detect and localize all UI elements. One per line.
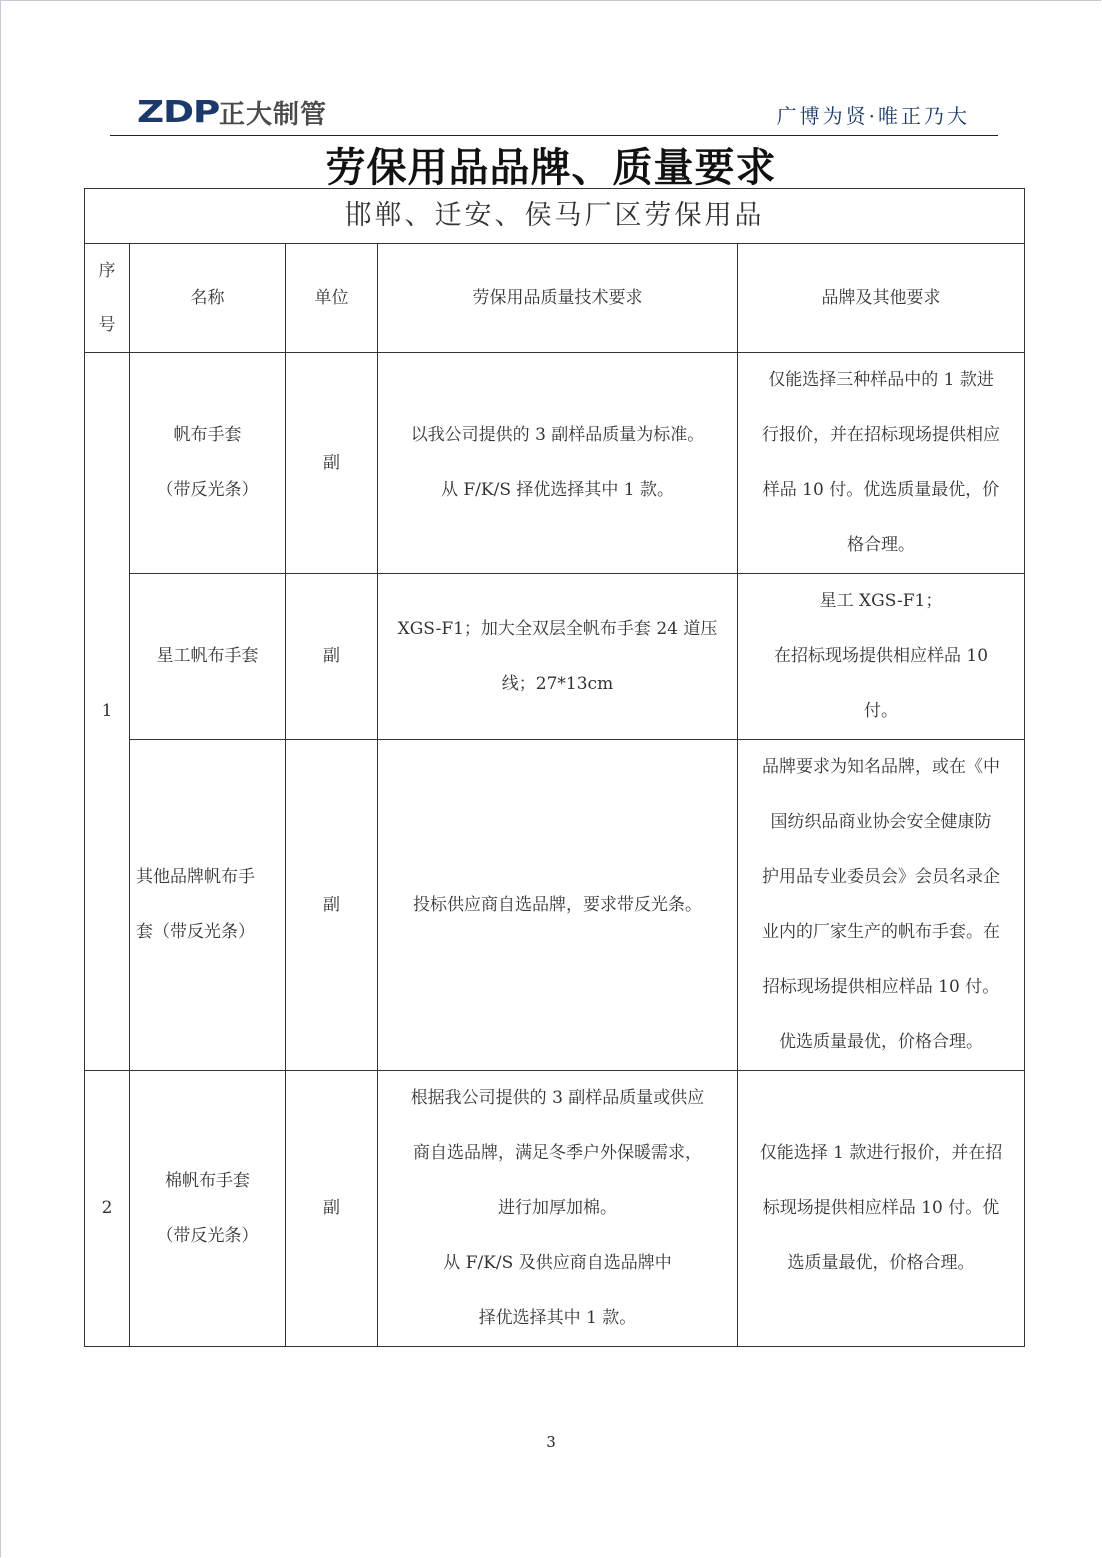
brand-cell: 仅能选择 1 款进行报价，并在招 标现场提供相应样品 10 付。优 选质量最优，… [738, 1071, 1025, 1347]
name-cell: 棉帆布手套 （带反光条） [130, 1071, 286, 1347]
tech-line: 以我公司提供的 3 副样品质量为标准。 [384, 408, 731, 463]
page-header: ZDP 正大制管 广博为贤·唯正乃大 [110, 92, 998, 136]
name-line: （带反光条） [136, 463, 279, 518]
table-row: 2 棉帆布手套 （带反光条） 副 根据我公司提供的 3 副样品质量或供应 商自选… [85, 1071, 1025, 1347]
name-cell: 其他品牌帆布手 套（带反光条） [130, 740, 286, 1071]
brand-line: 星工 XGS-F1； [744, 574, 1018, 629]
company-slogan: 广博为贤·唯正乃大 [777, 100, 970, 129]
tech-cell: XGS-F1；加大全双层全帆布手套 24 道压 线；27*13cm [378, 574, 738, 740]
tech-line: 商自选品牌，满足冬季户外保暖需求， [384, 1126, 731, 1181]
column-header-tech: 劳保用品质量技术要求 [378, 244, 738, 353]
seq-header-line1: 序 [85, 244, 129, 298]
brand-line: 国纺织品商业协会安全健康防 [744, 795, 1018, 850]
tech-cell: 投标供应商自选品牌，要求带反光条。 [378, 740, 738, 1071]
brand-cell: 品牌要求为知名品牌，或在《中 国纺织品商业协会安全健康防 护用品专业委员会》会员… [738, 740, 1025, 1071]
brand-line: 仅能选择三种样品中的 1 款进 [744, 353, 1018, 408]
name-line: 帆布手套 [136, 408, 279, 463]
table-row: 星工帆布手套 副 XGS-F1；加大全双层全帆布手套 24 道压 线；27*13… [85, 574, 1025, 740]
name-line: 星工帆布手套 [136, 629, 279, 684]
column-header-unit: 单位 [286, 244, 378, 353]
table-row: 1 帆布手套 （带反光条） 副 以我公司提供的 3 副样品质量为标准。 从 F/… [85, 353, 1025, 574]
brand-line: 优选质量最优，价格合理。 [744, 1015, 1018, 1070]
brand-line: 招标现场提供相应样品 10 付。 [744, 960, 1018, 1015]
seq-cell: 1 [85, 353, 130, 1071]
brand-cell: 仅能选择三种样品中的 1 款进 行报价，并在招标现场提供相应 样品 10 付。优… [738, 353, 1025, 574]
name-line: （带反光条） [136, 1209, 279, 1264]
tech-line: XGS-F1；加大全双层全帆布手套 24 道压 [384, 602, 731, 657]
tech-line: 进行加厚加棉。 [384, 1181, 731, 1236]
column-header-seq: 序 号 [85, 244, 130, 353]
tech-cell: 根据我公司提供的 3 副样品质量或供应 商自选品牌，满足冬季户外保暖需求， 进行… [378, 1071, 738, 1347]
brand-line: 格合理。 [744, 518, 1018, 573]
unit-cell: 副 [286, 353, 378, 574]
unit-cell: 副 [286, 574, 378, 740]
page-number: 3 [0, 1433, 1102, 1451]
column-header-name: 名称 [130, 244, 286, 353]
name-cell: 帆布手套 （带反光条） [130, 353, 286, 574]
logo-mark: ZDP [137, 95, 240, 130]
brand-line: 标现场提供相应样品 10 付。优 [744, 1181, 1018, 1236]
unit-cell: 副 [286, 1071, 378, 1347]
brand-cell: 星工 XGS-F1； 在招标现场提供相应样品 10 付。 [738, 574, 1025, 740]
tech-line: 根据我公司提供的 3 副样品质量或供应 [384, 1071, 731, 1126]
tech-cell: 以我公司提供的 3 副样品质量为标准。 从 F/K/S 择优选择其中 1 款。 [378, 353, 738, 574]
name-line: 棉帆布手套 [136, 1154, 279, 1209]
document-title: 劳保用品品牌、质量要求 [0, 136, 1102, 193]
seq-header-line2: 号 [85, 298, 129, 352]
seq-cell: 2 [85, 1071, 130, 1347]
name-cell: 星工帆布手套 [130, 574, 286, 740]
brand-line: 品牌要求为知名品牌，或在《中 [744, 740, 1018, 795]
name-line: 其他品牌帆布手 [136, 850, 279, 905]
brand-line: 行报价，并在招标现场提供相应 [744, 408, 1018, 463]
requirements-table: 邯郸、迁安、侯马厂区劳保用品 序 号 名称 单位 劳保用品质量技术要求 品牌及其… [84, 188, 1025, 1347]
tech-line: 从 F/K/S 及供应商自选品牌中 [384, 1236, 731, 1291]
brand-line: 仅能选择 1 款进行报价，并在招 [744, 1126, 1018, 1181]
tech-line: 投标供应商自选品牌，要求带反光条。 [384, 878, 731, 933]
name-line: 套（带反光条） [136, 905, 279, 960]
brand-line: 业内的厂家生产的帆布手套。在 [744, 905, 1018, 960]
tech-line: 从 F/K/S 择优选择其中 1 款。 [384, 463, 731, 518]
table-header-row: 序 号 名称 单位 劳保用品质量技术要求 品牌及其他要求 [85, 244, 1025, 353]
unit-cell: 副 [286, 740, 378, 1071]
brand-line: 付。 [744, 684, 1018, 739]
company-logo: ZDP 正大制管 [137, 94, 327, 131]
brand-line: 在招标现场提供相应样品 10 [744, 629, 1018, 684]
tech-line: 择优选择其中 1 款。 [384, 1291, 731, 1346]
brand-line: 选质量最优，价格合理。 [744, 1236, 1018, 1291]
brand-line: 护用品专业委员会》会员名录企 [744, 850, 1018, 905]
brand-line: 样品 10 付。优选质量最优，价 [744, 463, 1018, 518]
section-title: 邯郸、迁安、侯马厂区劳保用品 [85, 189, 1025, 244]
tech-line: 线；27*13cm [384, 657, 731, 712]
column-header-brand: 品牌及其他要求 [738, 244, 1025, 353]
table-row: 其他品牌帆布手 套（带反光条） 副 投标供应商自选品牌，要求带反光条。 品牌要求… [85, 740, 1025, 1071]
